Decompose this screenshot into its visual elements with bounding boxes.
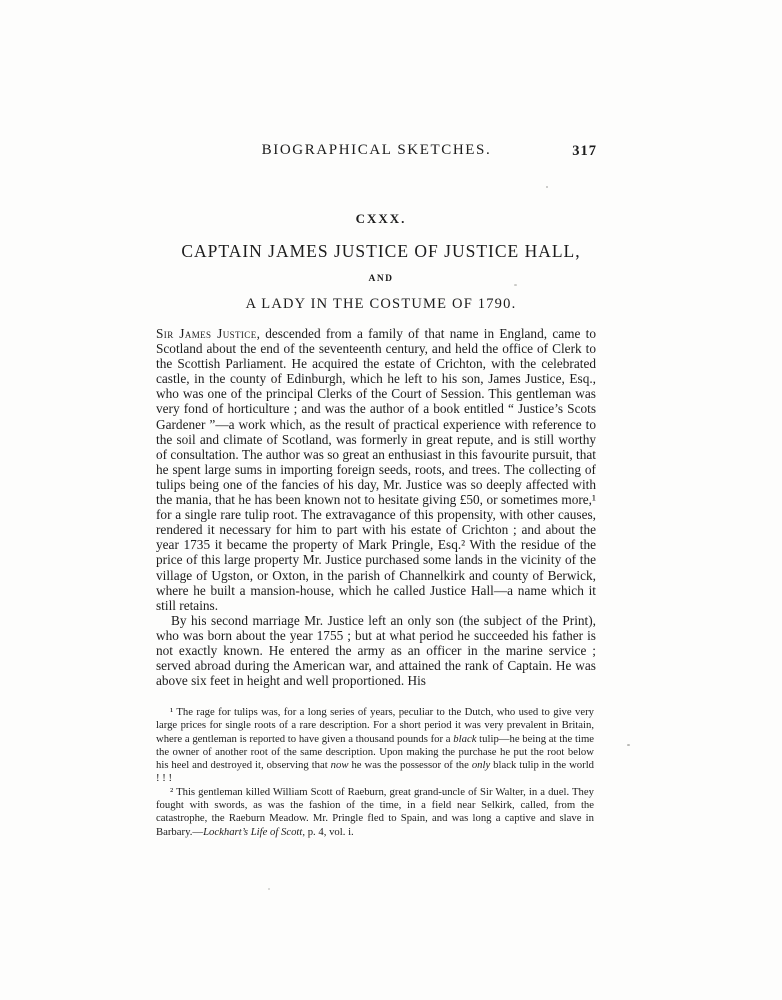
footnote-2-italic-book-title: Lockhart’s Life of Scott (203, 826, 302, 838)
paragraph-1-text: , descended from a family of that name i… (156, 326, 596, 613)
body-text-block: Sir James Justice, descended from a fami… (156, 326, 596, 688)
scanned-book-page: BIOGRAPHICAL SKETCHES. 317 CXXX. CAPTAIN… (0, 0, 782, 1000)
page-number: 317 (156, 143, 597, 160)
footnotes-block: ¹ The rage for tulips was, for a long se… (156, 706, 594, 839)
chapter-number: CXXX. (156, 211, 606, 227)
chapter-subtitle: A LADY IN THE COSTUME OF 1790. (156, 296, 606, 313)
title-connector: AND (156, 274, 606, 284)
paragraph-1: Sir James Justice, descended from a fami… (156, 326, 596, 613)
footnote-2-text: , p. 4, vol. i. (302, 826, 353, 838)
scan-speck (627, 744, 630, 746)
footnote-1: ¹ The rage for tulips was, for a long se… (156, 706, 594, 786)
footnote-1-text: he was the possessor of the (349, 759, 472, 771)
chapter-title: CAPTAIN JAMES JUSTICE OF JUSTICE HALL, (156, 241, 606, 262)
scan-speck (546, 186, 548, 188)
footnote-1-italic-now: now (331, 759, 349, 771)
footnote-2: ² This gentleman killed William Scott of… (156, 786, 594, 839)
scan-speck (268, 888, 270, 890)
scan-speck (514, 284, 517, 286)
lead-small-caps-name: Sir James Justice (156, 326, 257, 341)
footnote-1-italic-only: only (472, 759, 490, 771)
paragraph-2: By his second marriage Mr. Justice left … (156, 613, 596, 688)
footnote-1-italic-black: black (453, 733, 476, 745)
